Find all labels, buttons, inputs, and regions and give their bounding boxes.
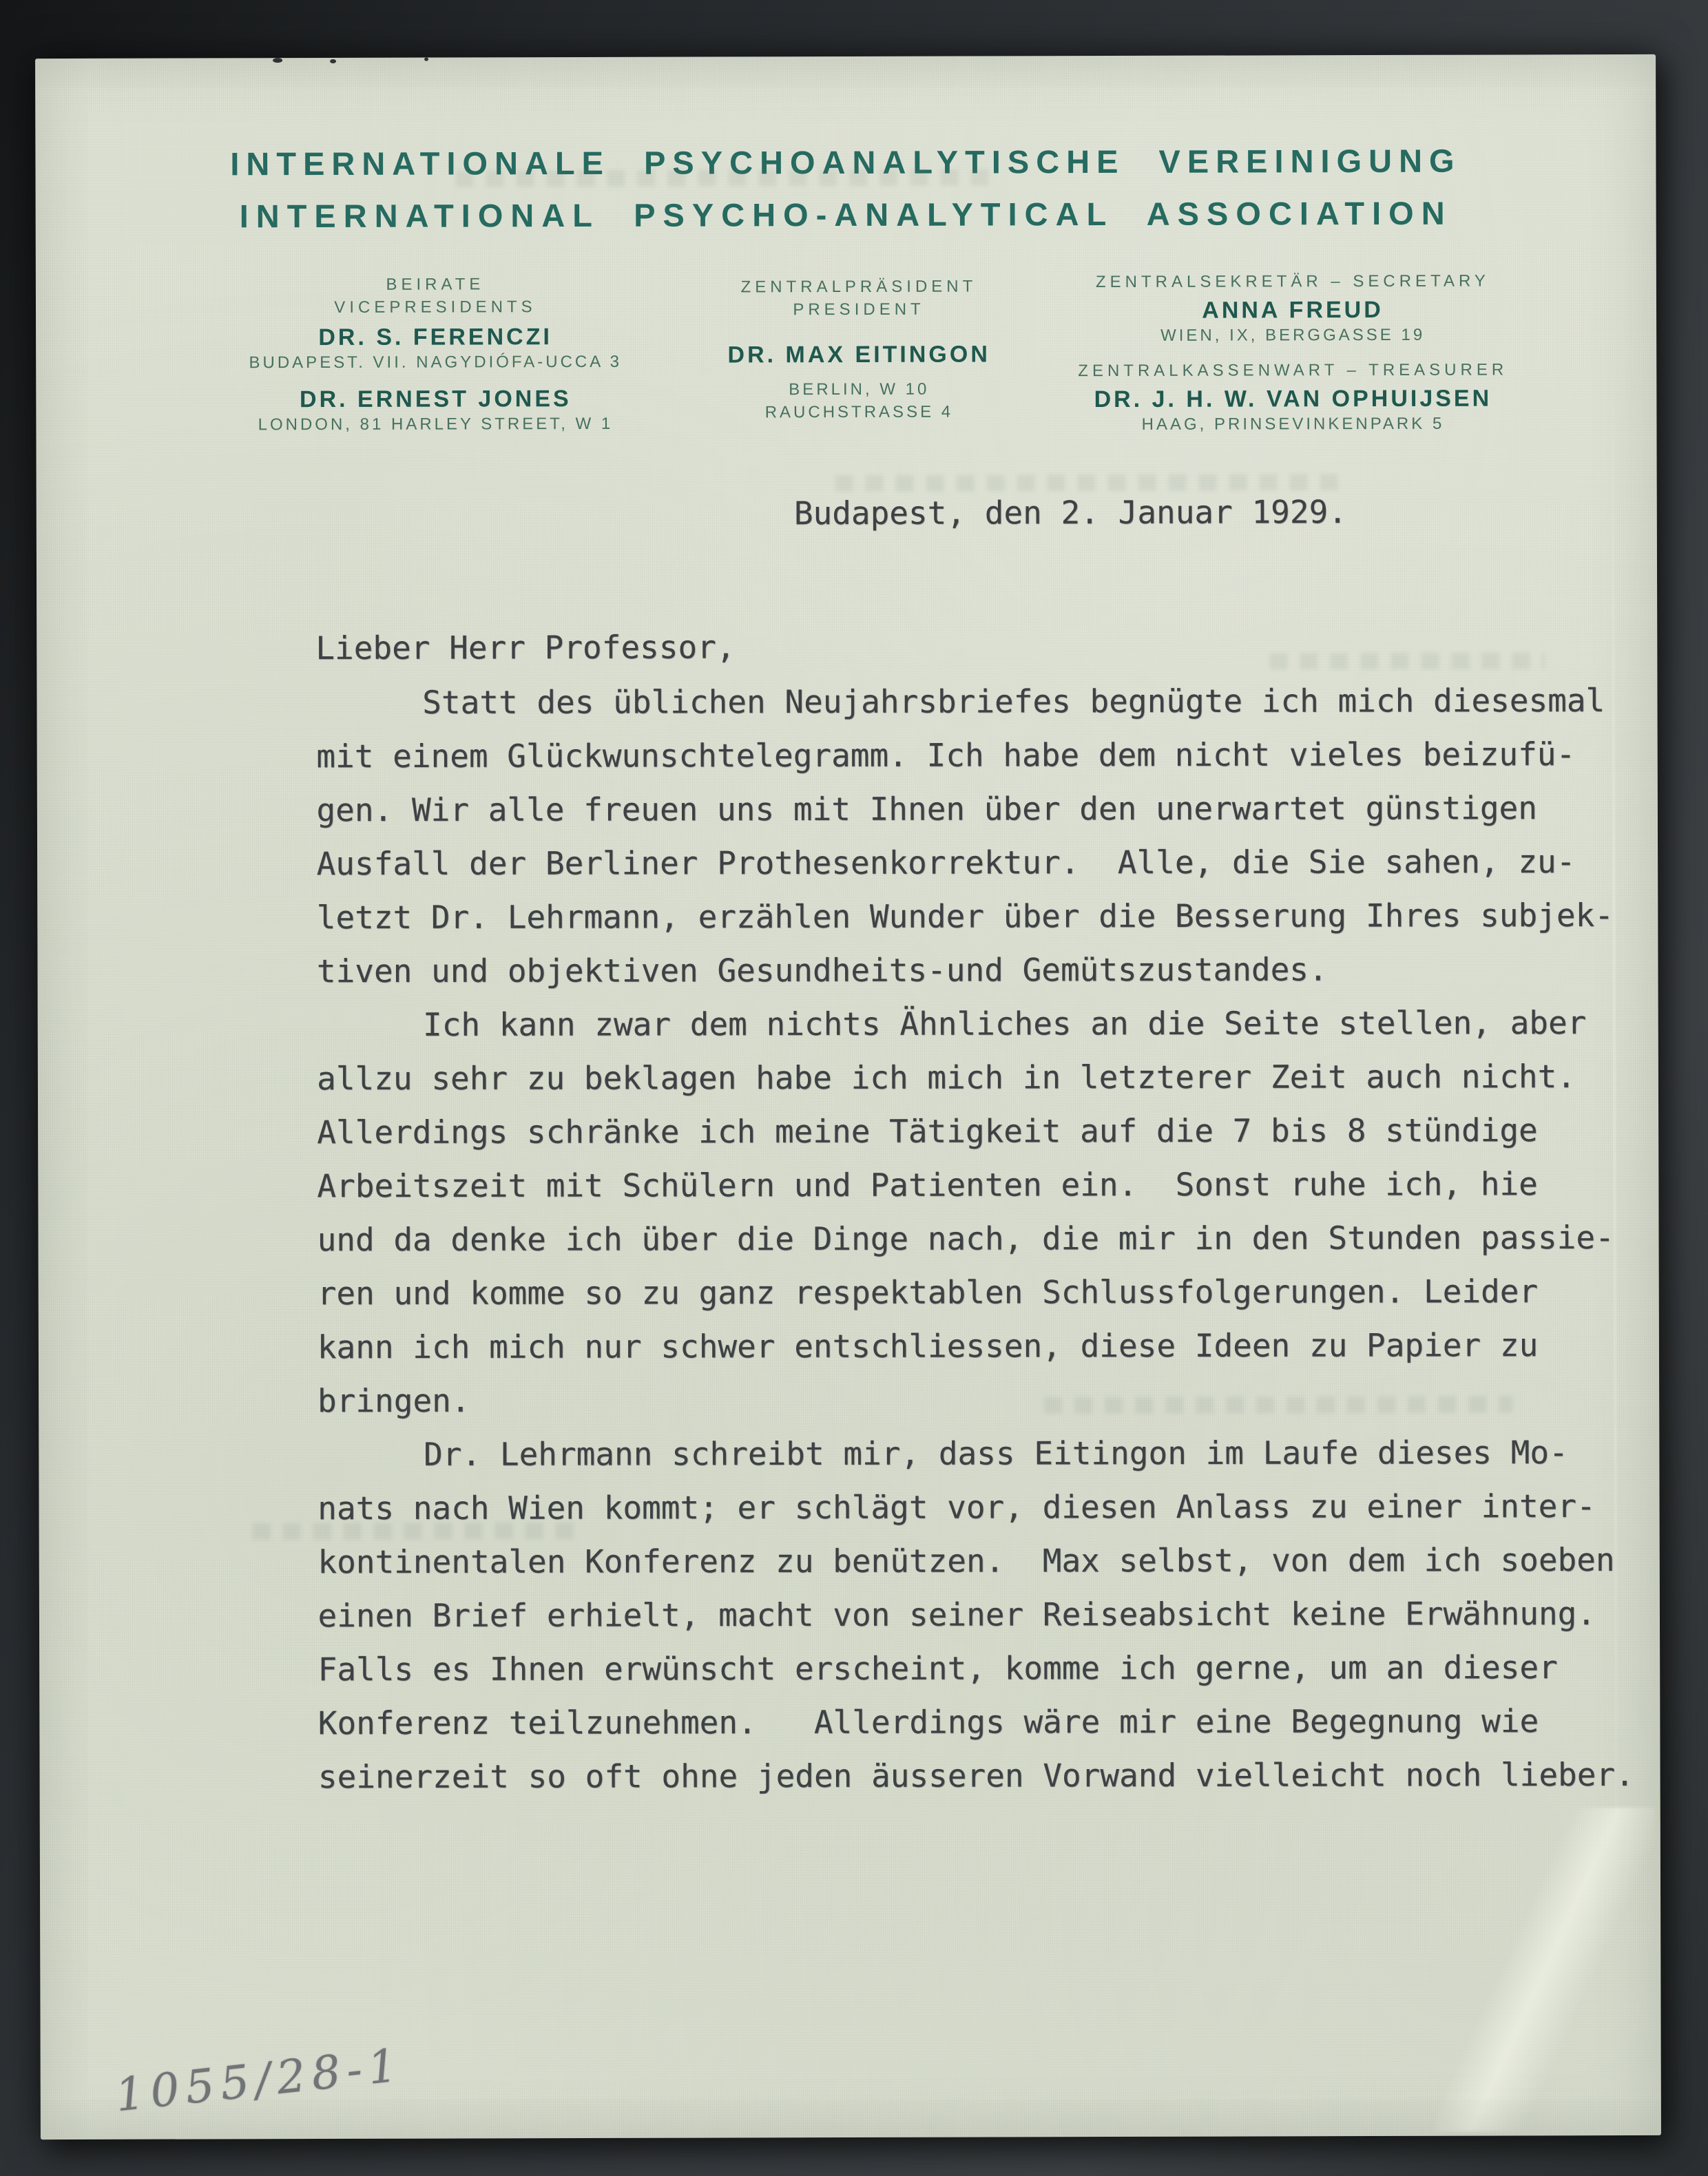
letter-line: kann ich mich nur schwer entschliessen, … [317, 1318, 1626, 1374]
dateline: Budapest, den 2. Januar 1929. [794, 493, 1347, 532]
letter-line: Dr. Lehrmann schreibt mir, dass Eitingon… [317, 1425, 1626, 1481]
letterhead-column-vicepresidents: BEIRATE VICEPRESIDENTS DR. S. FERENCZI B… [208, 273, 663, 437]
letter-line: Ausfall der Berliner Prothesenkorrektur.… [317, 835, 1625, 890]
letter-line: und da denke ich über die Dinge nach, di… [317, 1211, 1625, 1266]
letter-line: mit einem Glückwunschtelegramm. Ich habe… [316, 727, 1625, 783]
officer-address: RAUCHSTRASSE 4 [656, 400, 1062, 424]
officer-name: DR. J. H. W. VAN OPHUIJSEN [1052, 384, 1534, 413]
letter-line: Arbeitszeit mit Schülern und Patienten e… [317, 1157, 1625, 1213]
letter-body: Statt des üblichen Neujahrsbriefes begnü… [316, 673, 1627, 1803]
column-title-de: ZENTRALPRÄSIDENT [656, 275, 1062, 299]
org-name-english: INTERNATIONAL PSYCHO-ANALYTICAL ASSOCIAT… [36, 193, 1656, 236]
photographed-letter-scan: INTERNATIONALE PSYCHOANALYTISCHE VEREINI… [0, 0, 1708, 2176]
ink-bleedthrough [835, 474, 1345, 492]
letter-line: kontinentalen Konferenz zu benützen. Max… [317, 1533, 1626, 1589]
letter-line: allzu sehr zu beklagen habe ich mich in … [317, 1049, 1625, 1105]
officer-address: WIEN, IX, BERGGASSE 19 [1052, 323, 1534, 347]
letter-line: letzt Dr. Lehrmann, erzählen Wunder über… [317, 888, 1625, 944]
officer-address: BUDAPEST. VII. NAGYDIÓFA-UCCA 3 [208, 351, 663, 375]
officer-address: HAAG, PRINSEVINKENPARK 5 [1052, 412, 1534, 436]
letter-line: einen Brief erhielt, macht von seiner Re… [317, 1587, 1626, 1642]
letter-line: Statt des üblichen Neujahrsbriefes begnü… [316, 673, 1625, 729]
letter-line: seinerzeit so oft ohne jeden äusseren Vo… [318, 1748, 1627, 1803]
paper-edge-speck [273, 58, 282, 63]
letter-line: Falls es Ihnen erwünscht erscheint, komm… [318, 1640, 1627, 1696]
corner-fold-highlight [1435, 1808, 1656, 2132]
officer-address: BERLIN, W 10 [656, 377, 1062, 401]
officer-name: ANNA FREUD [1052, 295, 1534, 324]
letter-line: tiven und objektiven Gesundheits-und Gem… [317, 942, 1625, 998]
ink-bleedthrough [1269, 652, 1545, 669]
column-title-treasurer: ZENTRALKASSENWART – TREASURER [1052, 358, 1534, 382]
column-title-secretary: ZENTRALSEKRETÄR – SECRETARY [1052, 269, 1534, 293]
letter-line: nats nach Wien kommt; er schlägt vor, di… [317, 1479, 1626, 1535]
letterhead-column-president: ZENTRALPRÄSIDENT PRESIDENT DR. MAX EITIN… [656, 275, 1063, 424]
org-name-german: INTERNATIONALE PSYCHOANALYTISCHE VEREINI… [35, 141, 1656, 183]
letter-line: bringen. [317, 1372, 1626, 1427]
officer-address: LONDON, 81 HARLEY STREET, W 1 [208, 412, 663, 437]
officer-name: DR. S. FERENCZI [208, 323, 663, 352]
letter-line: Ich kann zwar dem nichts Ähnliches an di… [317, 996, 1625, 1052]
officer-name: DR. ERNEST JONES [208, 385, 663, 414]
letter-line: gen. Wir alle freuen uns mit Ihnen über … [316, 781, 1625, 837]
salutation: Lieber Herr Professor, [315, 628, 735, 667]
letter-line: ren und komme so zu ganz respektablen Sc… [317, 1264, 1626, 1320]
column-title-de: BEIRATE [208, 273, 663, 297]
paper-edge-speck [330, 59, 336, 63]
column-title-en: PRESIDENT [656, 297, 1062, 322]
letter-line: Konferenz teilzunehmen. Allerdings wäre … [318, 1694, 1627, 1750]
officer-name: DR. MAX EITINGON [656, 340, 1062, 369]
paper-edge-speck [424, 58, 428, 61]
letter-line: Allerdings schränke ich meine Tätigkeit … [317, 1103, 1625, 1159]
archive-number-handwritten: 1055/28-1 [113, 2038, 406, 2122]
letterhead-column-secretary-treasurer: ZENTRALSEKRETÄR – SECRETARY ANNA FREUD W… [1052, 269, 1534, 436]
column-title-en: VICEPRESIDENTS [208, 295, 663, 320]
letter-page: INTERNATIONALE PSYCHOANALYTISCHE VEREINI… [35, 54, 1661, 2140]
